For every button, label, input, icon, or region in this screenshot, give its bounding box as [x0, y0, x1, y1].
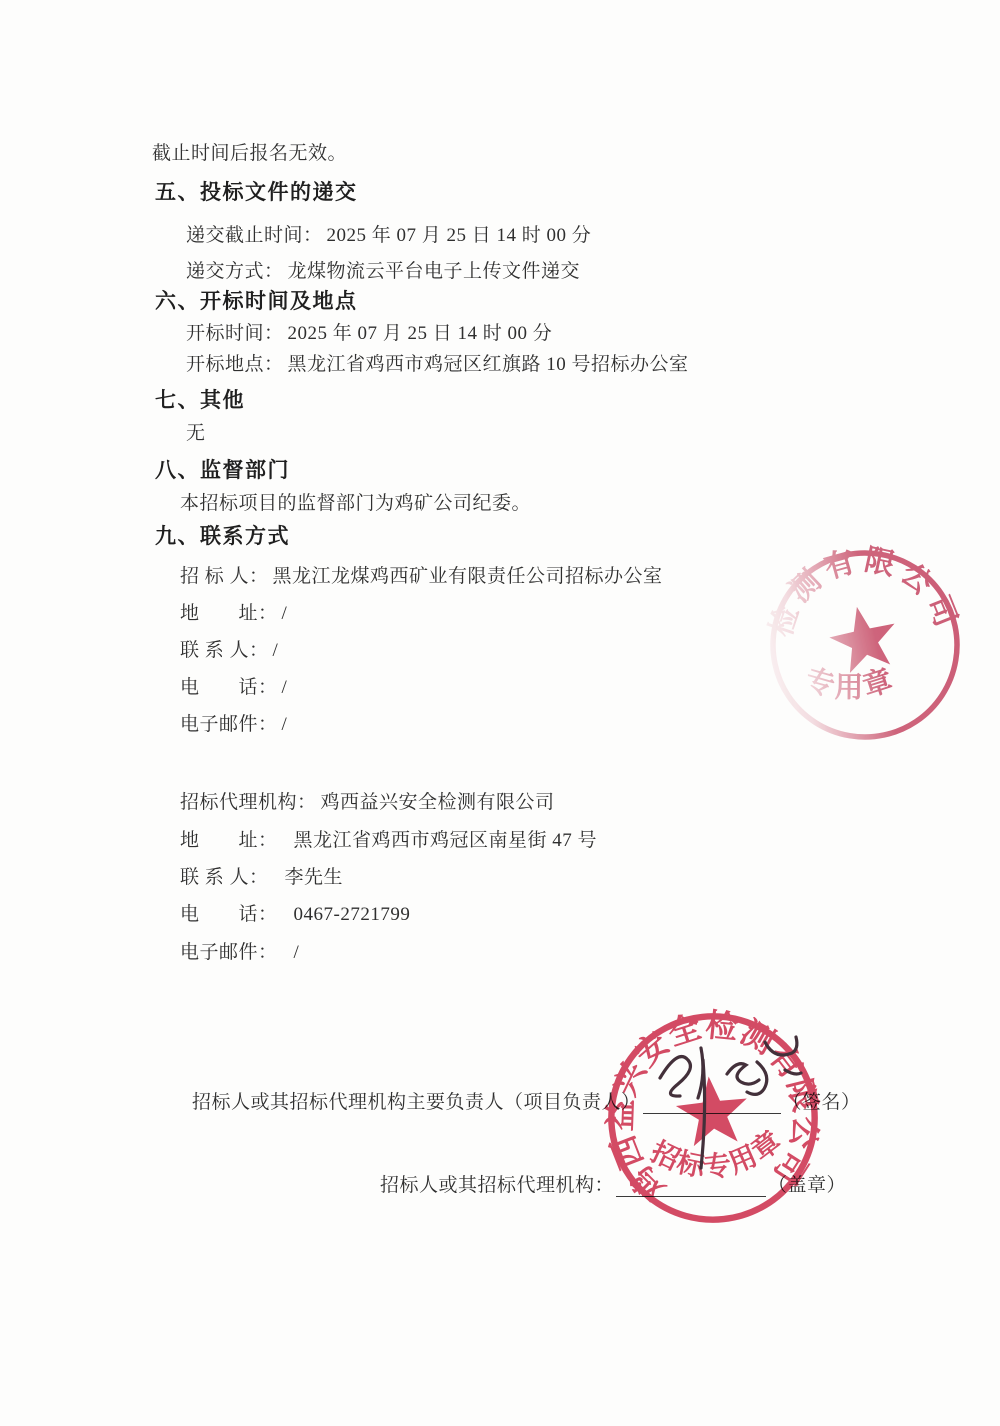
field-value: 2025 年 07 月 25 日 14 时 00 分 [288, 323, 553, 344]
field-label: 电 话： [180, 904, 278, 925]
section-9-heading: 九、联系方式 [155, 520, 290, 550]
section-6-heading: 六、开标时间及地点 [155, 285, 358, 315]
seal-ring [756, 536, 974, 754]
field-label: 联 系 人： [180, 867, 269, 888]
field-value: / [282, 677, 288, 698]
tenderer-row: 招 标 人：黑龙江龙煤鸡西矿业有限责任公司招标办公室 [180, 561, 663, 588]
signature-stroke [785, 1070, 801, 1074]
signature-stroke [765, 1037, 797, 1055]
svg-text:专用章: 专用章 [795, 645, 900, 717]
field-value: / [273, 640, 279, 661]
signature-stroke [727, 1064, 759, 1084]
agency-stamp-row: 招标人或其招标代理机构： （盖章） [380, 1170, 846, 1197]
field-label: 电子邮件： [180, 942, 278, 963]
stamp-row-label: 招标人或其招标代理机构： [380, 1170, 614, 1197]
field-label: 招标代理机构： [180, 792, 317, 813]
signature-row-suffix: （签名） [783, 1087, 861, 1114]
seal-bottom-text: 专用章 [795, 645, 900, 717]
field-value: 2025 年 07 月 25 日 14 时 00 分 [327, 225, 592, 246]
field-label: 联 系 人： [180, 640, 269, 661]
field-value: 李先生 [285, 867, 344, 888]
submission-deadline-row: 递交截止时间：2025 年 07 月 25 日 14 时 00 分 [186, 220, 591, 247]
field-label: 电 话： [180, 677, 278, 698]
star-icon [824, 600, 902, 676]
field-value: 龙煤物流云平台电子上传文件递交 [288, 261, 581, 282]
field-label: 地 址： [180, 830, 278, 851]
field-label: 招 标 人： [180, 566, 269, 587]
agency-row: 招标代理机构：鸡西益兴安全检测有限公司 [180, 787, 555, 814]
opening-place-row: 开标地点：黑龙江省鸡西市鸡冠区红旗路 10 号招标办公室 [186, 349, 689, 376]
responsible-person-signature-row: 招标人或其招标代理机构主要负责人（项目负责人） （签名） [192, 1087, 861, 1114]
field-value: 黑龙江龙煤鸡西矿业有限责任公司招标办公室 [273, 566, 663, 587]
field-label: 开标时间： [186, 323, 284, 344]
tenderer-email-row: 电子邮件：/ [180, 709, 287, 736]
field-label: 递交截止时间： [186, 225, 323, 246]
field-label: 开标地点： [186, 354, 284, 375]
signature-blank-line [643, 1107, 781, 1114]
section-7-body: 无 [186, 418, 206, 445]
agency-address-row: 地 址：黑龙江省鸡西市鸡冠区南星街 47 号 [180, 825, 597, 852]
tenderer-address-row: 地 址：/ [180, 598, 287, 625]
svg-text:检测有限公司: 检测有限公司 [751, 525, 966, 671]
field-value: / [294, 942, 300, 963]
field-value: 0467-2721799 [294, 904, 411, 925]
stamp-row-suffix: （盖章） [768, 1170, 846, 1197]
agency-contact-row: 联 系 人：李先生 [180, 862, 343, 889]
document-page: 截止时间后报名无效。 五、投标文件的递交 递交截止时间：2025 年 07 月 … [0, 0, 1000, 1426]
agency-phone-row: 电 话：0467-2721799 [180, 899, 410, 926]
field-label: 电子邮件： [180, 714, 278, 735]
seal-ring-text: 检测有限公司 [751, 525, 966, 671]
signature-stroke [701, 1060, 705, 1168]
section-8-heading: 八、监督部门 [155, 454, 290, 484]
field-value: 黑龙江省鸡西市鸡冠区南星街 47 号 [294, 830, 598, 851]
submission-method-row: 递交方式：龙煤物流云平台电子上传文件递交 [186, 256, 580, 283]
company-seal-partial: 检测有限公司 专用章 [746, 526, 983, 763]
opening-time-row: 开标时间：2025 年 07 月 25 日 14 时 00 分 [186, 318, 552, 345]
field-value: / [282, 603, 288, 624]
stamp-blank-line [616, 1190, 766, 1197]
tenderer-contact-row: 联 系 人：/ [180, 635, 278, 662]
field-label: 地 址： [180, 603, 278, 624]
bidding-seal: 鸡西益兴安全检测有限公司 招标专用章 [595, 1000, 830, 1235]
section-8-body: 本招标项目的监督部门为鸡矿公司纪委。 [180, 488, 531, 515]
agency-email-row: 电子邮件：/ [180, 937, 299, 964]
section-5-heading: 五、投标文件的递交 [155, 176, 358, 206]
signature-row-label: 招标人或其招标代理机构主要负责人（项目负责人） [192, 1087, 641, 1114]
tenderer-phone-row: 电 话：/ [180, 672, 287, 699]
field-label: 递交方式： [186, 261, 284, 282]
field-value: 黑龙江省鸡西市鸡冠区红旗路 10 号招标办公室 [288, 354, 689, 375]
intro-line: 截止时间后报名无效。 [152, 138, 347, 165]
field-value: / [282, 714, 288, 735]
field-value: 鸡西益兴安全检测有限公司 [321, 792, 555, 813]
section-7-heading: 七、其他 [155, 384, 245, 414]
